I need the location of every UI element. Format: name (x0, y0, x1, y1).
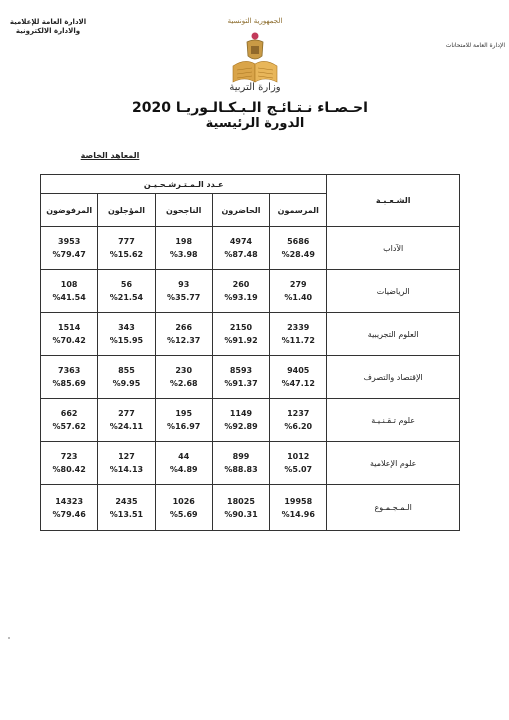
ministry-label: وزارة التربية (220, 82, 290, 93)
cell-registered: 9405%47.12 (270, 356, 327, 399)
cell-registered: 5686%28.49 (270, 227, 327, 270)
branch-name: علوم الإعلامية (327, 442, 460, 485)
branch-name: الإقتصاد والتصرف (327, 356, 460, 399)
results-table: الشـعـبـة عـدد الـمـتـرشـحـيـن المرسمون … (40, 174, 460, 531)
cell-present: 1149%92.89 (212, 399, 269, 442)
cell-passed: 1026%5.69 (155, 485, 212, 531)
cell-deferred: 855%9.95 (98, 356, 155, 399)
scan-speck (8, 637, 10, 639)
total-label: الـمـجـمـوع (327, 485, 460, 531)
cell-registered: 1012%5.07 (270, 442, 327, 485)
left-org-line1: الادارة العامة للإعلامية (8, 18, 88, 27)
cell-registered: 279%1.40 (270, 270, 327, 313)
branch-name: العلوم التجريبية (327, 313, 460, 356)
table-row: علوم الإعلامية 1012%5.07 899%88.83 44%4.… (41, 442, 460, 485)
cell-present: 899%88.83 (212, 442, 269, 485)
candidates-group-header: عـدد الـمـتـرشـحـيـن (41, 175, 327, 194)
col-header-failed: المرفوضون (41, 194, 98, 227)
cell-present: 260%93.19 (212, 270, 269, 313)
table-total-row: الـمـجـمـوع 19958%14.96 18025%90.31 1026… (41, 485, 460, 531)
cell-failed: 723%80.42 (41, 442, 98, 485)
table-row: الآداب 5686%28.49 4974%87.48 198%3.98 77… (41, 227, 460, 270)
cell-passed: 198%3.98 (155, 227, 212, 270)
cell-passed: 44%4.89 (155, 442, 212, 485)
cell-failed: 662%57.62 (41, 399, 98, 442)
cell-failed: 1514%70.42 (41, 313, 98, 356)
cell-present: 4974%87.48 (212, 227, 269, 270)
cell-present: 2150%91.92 (212, 313, 269, 356)
cell-deferred: 127%14.13 (98, 442, 155, 485)
cell-passed: 230%2.68 (155, 356, 212, 399)
issuing-department-left: الادارة العامة للإعلامية والادارة الالكت… (8, 18, 88, 36)
col-header-registered: المرسمون (270, 194, 327, 227)
section-label: المعاهد الخاصة (80, 151, 140, 160)
col-header-present: الحاضرون (212, 194, 269, 227)
cell-registered: 19958%14.96 (270, 485, 327, 531)
cell-present: 8593%91.37 (212, 356, 269, 399)
cell-deferred: 777%15.62 (98, 227, 155, 270)
branch-name: علوم تـقـنـيـة (327, 399, 460, 442)
col-header-passed: الناجحون (155, 194, 212, 227)
cell-deferred: 56%21.54 (98, 270, 155, 313)
table-row: الرياضيات 279%1.40 260%93.19 93%35.77 56… (41, 270, 460, 313)
cell-deferred: 2435%13.51 (98, 485, 155, 531)
cell-failed: 3953%79.47 (41, 227, 98, 270)
issuing-department-right: الإدارة العامة للامتحانات (415, 42, 505, 49)
page-subtitle: الدورة الرئيسية (150, 116, 360, 131)
cell-passed: 266%12.37 (155, 313, 212, 356)
branch-header: الشـعـبـة (327, 175, 460, 227)
cell-present: 18025%90.31 (212, 485, 269, 531)
branch-name: الرياضيات (327, 270, 460, 313)
table-header-row: الشـعـبـة عـدد الـمـتـرشـحـيـن (41, 175, 460, 194)
cell-registered: 2339%11.72 (270, 313, 327, 356)
cell-deferred: 343%15.95 (98, 313, 155, 356)
cell-failed: 7363%85.69 (41, 356, 98, 399)
branch-name: الآداب (327, 227, 460, 270)
page-title: احـصـاء نـتـائـج الـبـكـالـوريـا 2020 (100, 100, 400, 116)
col-header-deferred: المؤجلون (98, 194, 155, 227)
cell-failed: 108%41.54 (41, 270, 98, 313)
cell-deferred: 277%24.11 (98, 399, 155, 442)
table-row: الإقتصاد والتصرف 9405%47.12 8593%91.37 2… (41, 356, 460, 399)
table-row: علوم تـقـنـيـة 1237%6.20 1149%92.89 195%… (41, 399, 460, 442)
left-org-line2: والادارة الالكترونية (8, 27, 88, 36)
cell-registered: 1237%6.20 (270, 399, 327, 442)
cell-passed: 93%35.77 (155, 270, 212, 313)
cell-failed: 14323%79.46 (41, 485, 98, 531)
table-row: العلوم التجريبية 2339%11.72 2150%91.92 2… (41, 313, 460, 356)
cell-passed: 195%16.97 (155, 399, 212, 442)
